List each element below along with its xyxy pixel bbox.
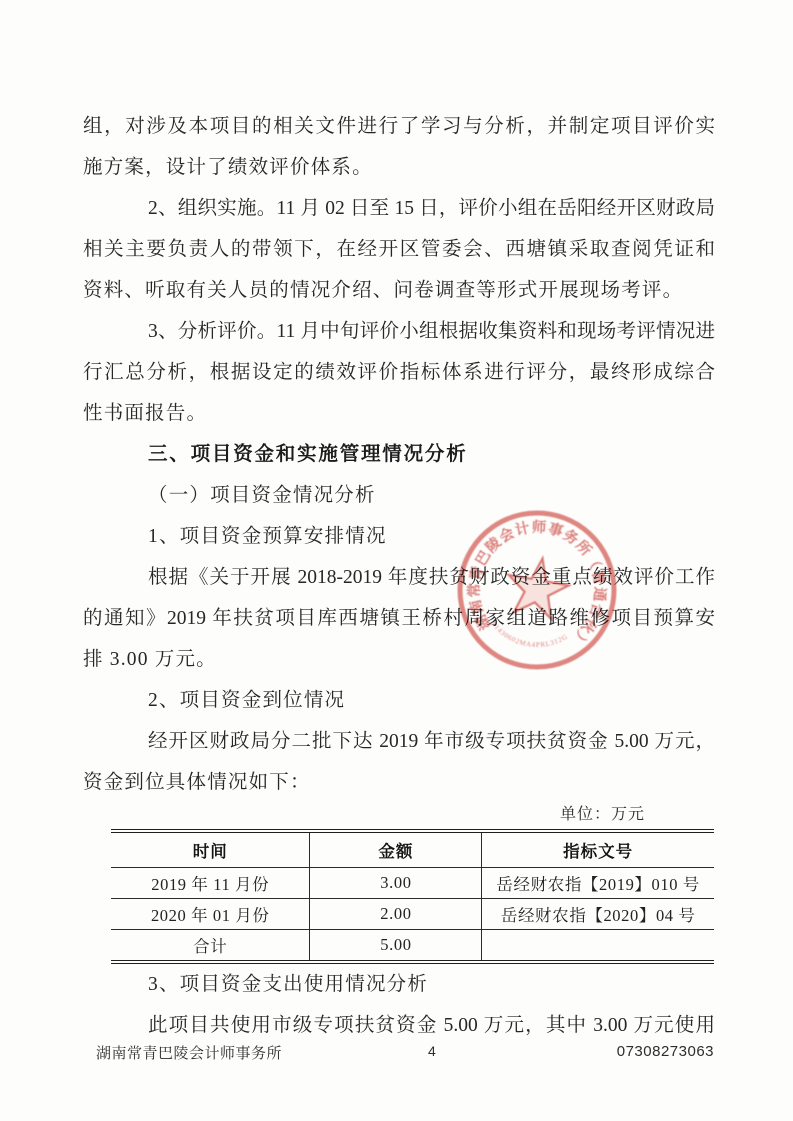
cell-total-amount: 5.00	[310, 930, 482, 963]
footer-page-number: 4	[428, 1043, 436, 1059]
item-heading-expenditure-analysis: 3、项目资金支出使用情况分析	[83, 964, 715, 1005]
table-unit-label: 单位：万元	[83, 803, 715, 827]
item-heading-funds-received: 2、项目资金到位情况	[83, 680, 715, 721]
paragraph-line: 的通知》2019 年扶贫项目库西塘镇王桥村周家组道路维修项目预算安	[83, 598, 715, 639]
cell-empty	[482, 930, 714, 963]
paragraph-line: 施方案，设计了绩效评价体系。	[83, 147, 715, 188]
column-header-time: 时间	[111, 831, 310, 868]
cell-total-label: 合计	[111, 930, 310, 963]
cell-docno: 岳经财农指【2020】04 号	[482, 899, 714, 930]
paragraph-line: 排 3.00 万元。	[83, 639, 715, 680]
subsection-heading-fund-situation: （一）项目资金情况分析	[83, 475, 715, 516]
scanned-report-page: 组，对涉及本项目的相关文件进行了学习与分析，并制定项目评价实 施方案，设计了绩效…	[0, 0, 793, 1121]
paragraph-line: 经开区财政局分二批下达 2019 年市级专项扶贫资金 5.00 万元，	[83, 721, 715, 762]
paragraph-line: 行汇总分析，根据设定的绩效评价指标体系进行评分，最终形成综合	[83, 352, 715, 393]
item-heading-budget-arrangement: 1、项目资金预算安排情况	[83, 516, 715, 557]
cell-time: 2019 年 11 月份	[111, 868, 310, 899]
document-body: 组，对涉及本项目的相关文件进行了学习与分析，并制定项目评价实 施方案，设计了绩效…	[83, 106, 715, 1046]
table-total-row: 合计 5.00	[111, 930, 714, 963]
table-row: 2020 年 01 月份 2.00 岳经财农指【2020】04 号	[111, 899, 714, 930]
paragraph-line: 此项目共使用市级专项扶贫资金 5.00 万元，其中 3.00 万元使用	[83, 1005, 715, 1046]
paragraph-line: 性书面报告。	[83, 393, 715, 434]
funds-received-table: 时间 金额 指标文号 2019 年 11 月份 3.00 岳经财农指【2019】…	[111, 829, 714, 964]
paragraph-line: 资料、听取有关人员的情况介绍、问卷调查等形式开展现场考评。	[83, 270, 715, 311]
page-footer: 湖南常青巴陵会计师事务所 4 07308273063	[0, 1042, 793, 1066]
column-header-docno: 指标文号	[482, 831, 714, 868]
footer-firm-name: 湖南常青巴陵会计师事务所	[96, 1042, 282, 1063]
footer-phone-number: 07308273063	[617, 1043, 714, 1060]
paragraph-line: 2、组织实施。11 月 02 日至 15 日，评价小组在岳阳经开区财政局	[83, 188, 715, 229]
cell-amount: 3.00	[310, 868, 482, 899]
cell-amount: 2.00	[310, 899, 482, 930]
table-header-row: 时间 金额 指标文号	[111, 831, 714, 868]
paragraph-line: 3、分析评价。11 月中旬评价小组根据收集资料和现场考评情况进	[83, 311, 715, 352]
paragraph-line: 根据《关于开展 2018-2019 年度扶贫财政资金重点绩效评价工作	[83, 557, 715, 598]
section-heading-funds-analysis: 三、项目资金和实施管理情况分析	[83, 434, 715, 475]
table-row: 2019 年 11 月份 3.00 岳经财农指【2019】010 号	[111, 868, 714, 899]
column-header-amount: 金额	[310, 831, 482, 868]
cell-time: 2020 年 01 月份	[111, 899, 310, 930]
paragraph-line: 组，对涉及本项目的相关文件进行了学习与分析，并制定项目评价实	[83, 106, 715, 147]
paragraph-line: 相关主要负责人的带领下，在经开区管委会、西塘镇采取查阅凭证和	[83, 229, 715, 270]
paragraph-line: 资金到位具体情况如下：	[83, 762, 715, 803]
cell-docno: 岳经财农指【2019】010 号	[482, 868, 714, 899]
